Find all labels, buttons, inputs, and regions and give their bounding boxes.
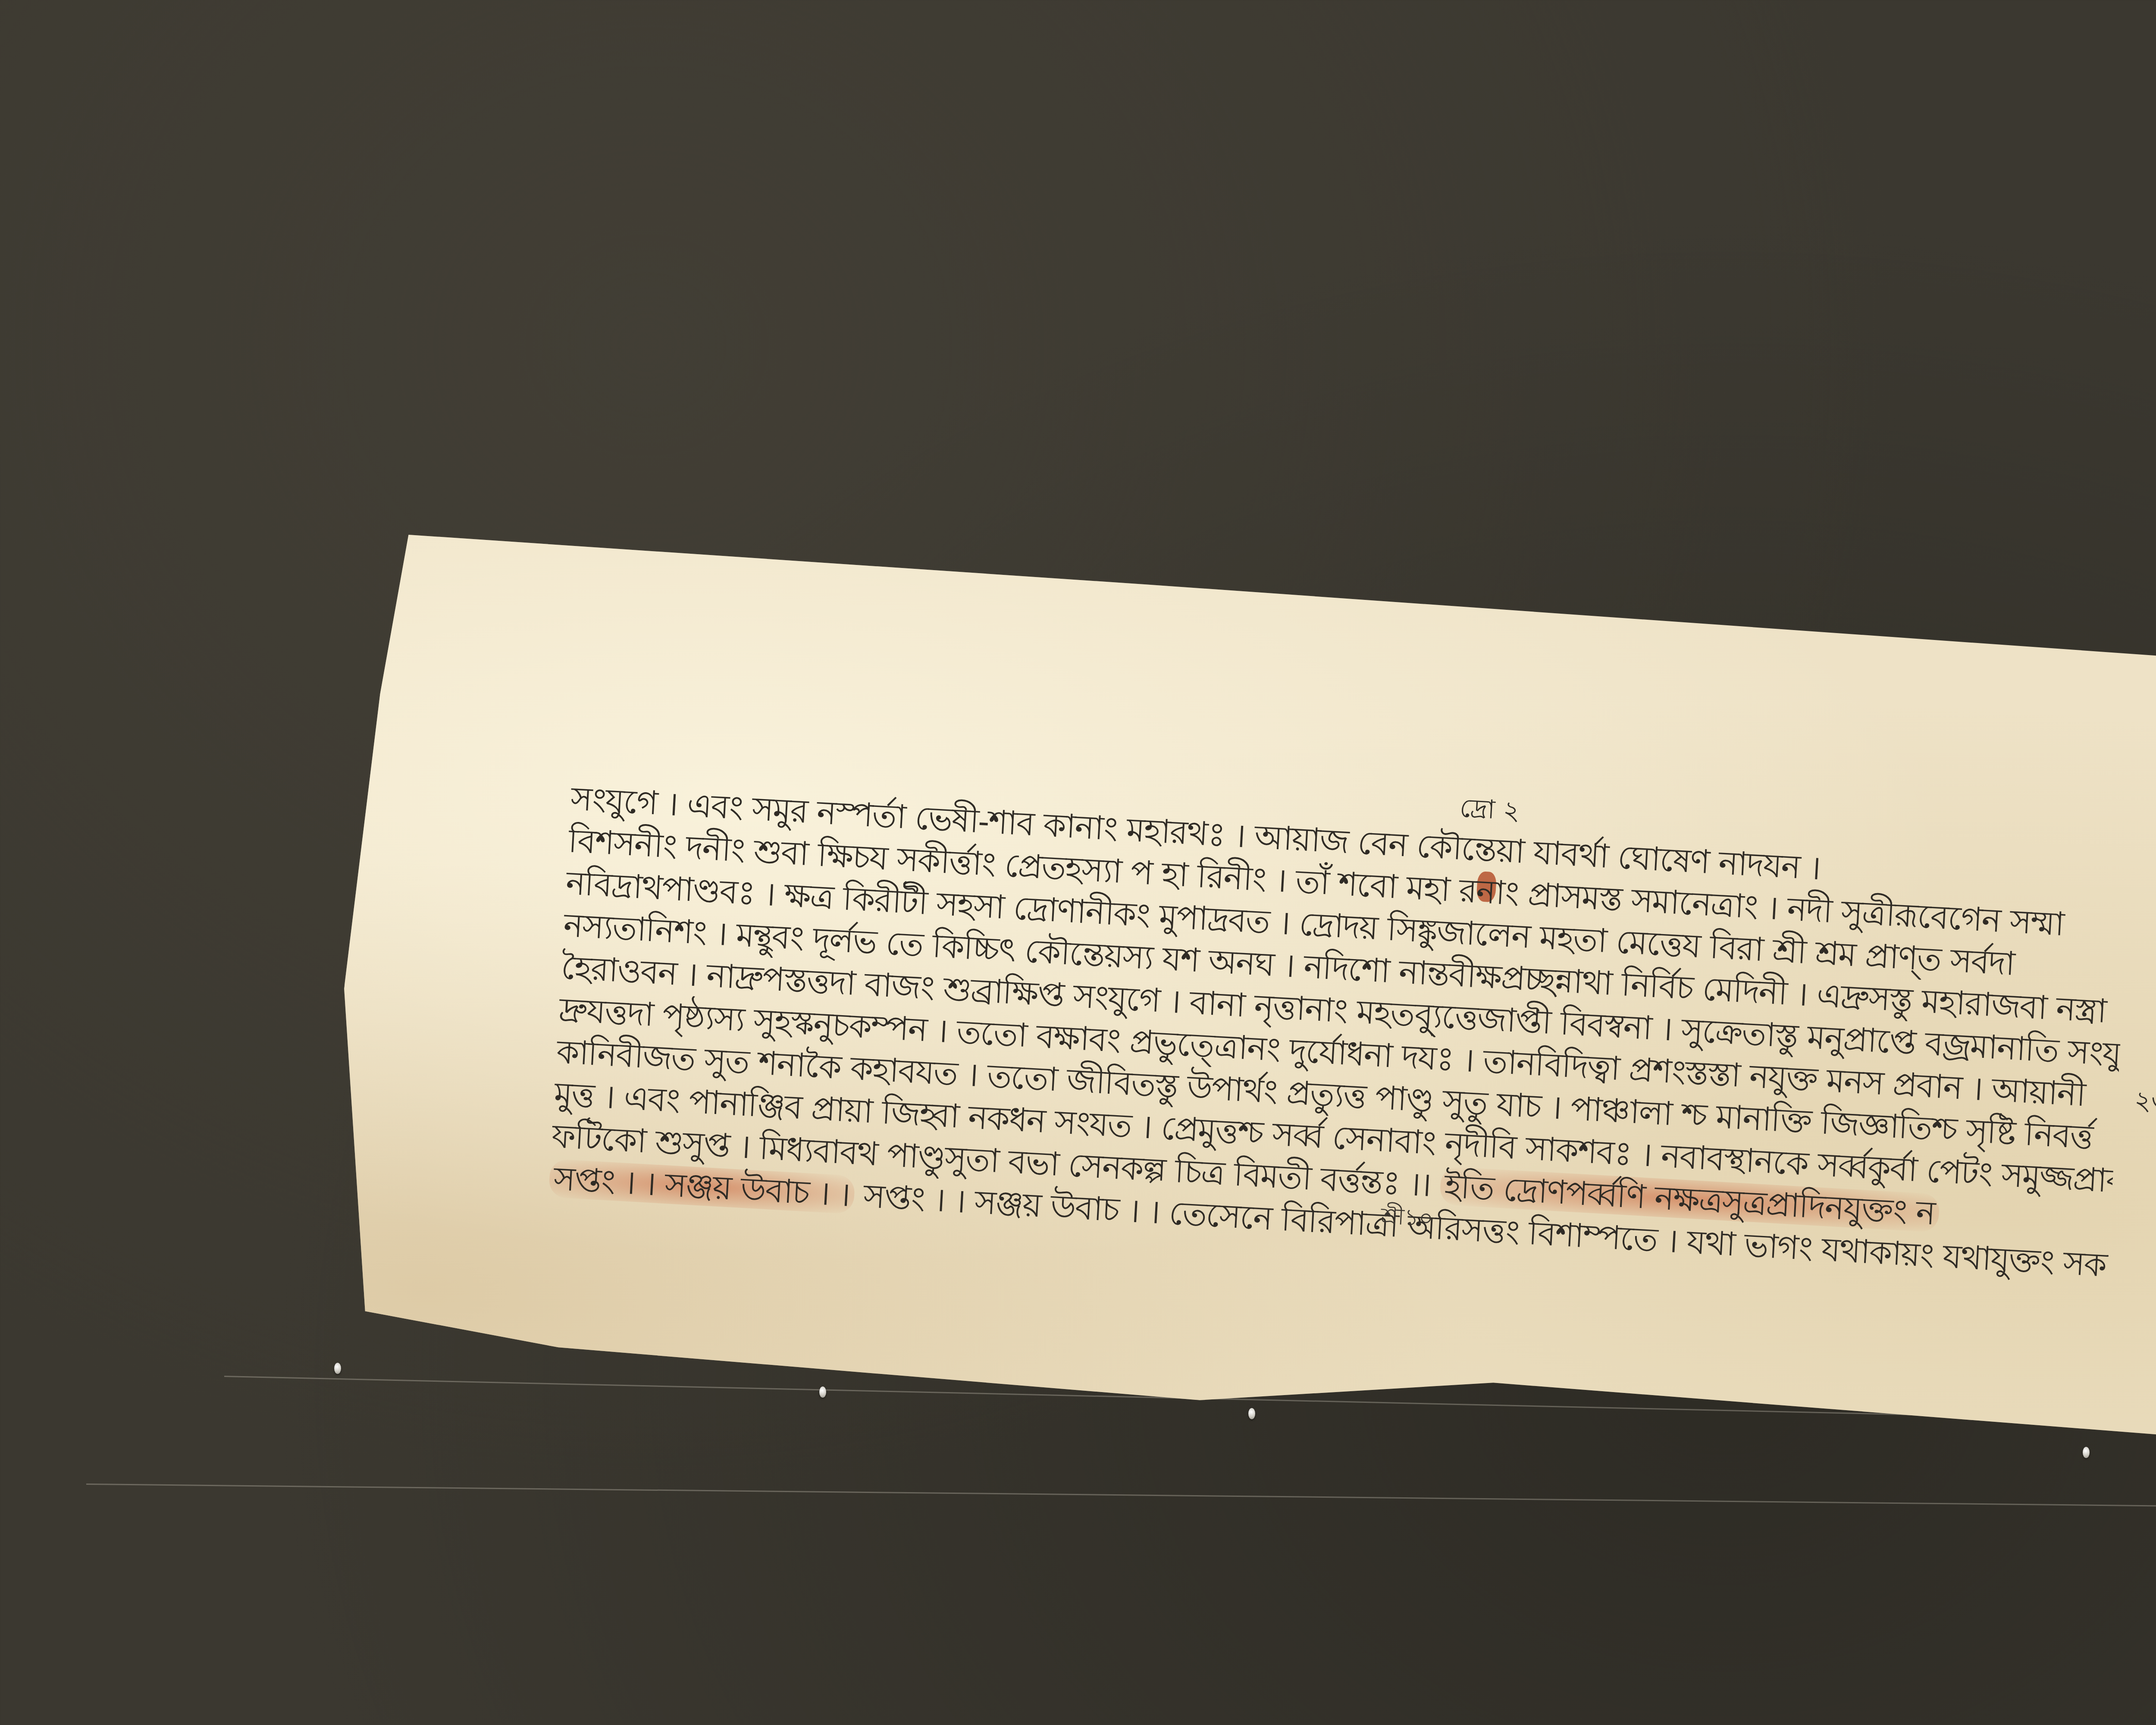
margin-folio-number: ২৩ [2133, 1081, 2156, 1126]
folio-footer-mark: শ্রী১০ [1380, 1198, 1434, 1239]
photo-scene: দ্রো ২ সংযুগে । এবং সমুর নস্পর্তা ভেষী-শ… [0, 0, 2156, 1725]
mounting-pin [2083, 1447, 2090, 1458]
mounting-thread [86, 1483, 2156, 1510]
manuscript-text: সংযুগে । এবং সমুর নস্পর্তা ভেষী-শাব কানা… [548, 777, 2130, 1286]
mounting-pin [1248, 1408, 1255, 1419]
manuscript-folio: দ্রো ২ সংযুগে । এবং সমুর নস্পর্তা ভেষী-শ… [323, 524, 2156, 1477]
mounting-pin [819, 1386, 826, 1398]
mounting-pin [334, 1363, 341, 1374]
